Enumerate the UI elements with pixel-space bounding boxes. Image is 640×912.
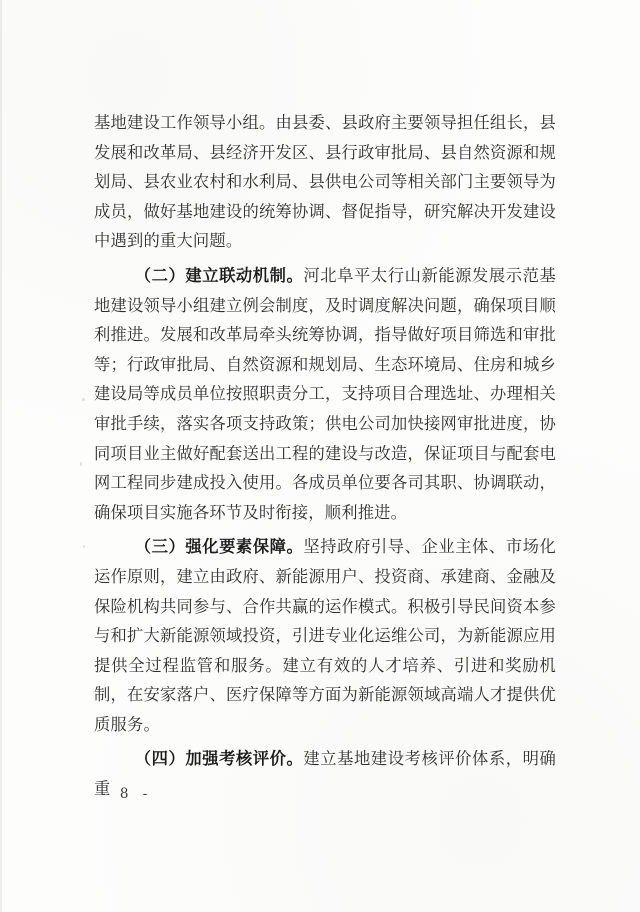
scan-speckle [80,462,82,466]
scan-speckle [83,545,85,548]
paragraph-heading: （二）建立联动机制。 [135,266,304,285]
paragraph-heading: （三）强化要素保障。 [135,537,304,556]
paragraph-heading: （四）加强考核评价。 [135,749,304,768]
body-paragraph: （四）加强考核评价。建立基地建设考核评价体系，明确重 [94,744,556,803]
document-text-block: 基地建设工作领导小组。由县委、县政府主要领导担任组长，县发展和改革局、县经济开发… [94,108,556,804]
document-page: 基地建设工作领导小组。由县委、县政府主要领导担任组长，县发展和改革局、县经济开发… [0,0,640,912]
scan-edge-line [0,0,2,912]
page-number: - 8 - [101,786,152,802]
body-paragraph: 基地建设工作领导小组。由县委、县政府主要领导担任组长，县发展和改革局、县经济开发… [94,108,556,256]
body-paragraph: （三）强化要素保障。坚持政府引导、企业主体、市场化运作原则，建立由政府、新能源用… [94,532,556,739]
scan-speckle [82,398,85,401]
paragraph-text: 坚持政府引导、企业主体、市场化运作原则，建立由政府、新能源用户、投资商、承建商、… [94,537,556,734]
paragraph-text: 河北阜平太行山新能源发展示范基地建设领导小组建立例会制度，及时调度解决问题，确保… [94,266,556,522]
body-paragraph: （二）建立联动机制。河北阜平太行山新能源发展示范基地建设领导小组建立例会制度，及… [94,261,556,527]
paragraph-text: 基地建设工作领导小组。由县委、县政府主要领导担任组长，县发展和改革局、县经济开发… [94,113,556,250]
